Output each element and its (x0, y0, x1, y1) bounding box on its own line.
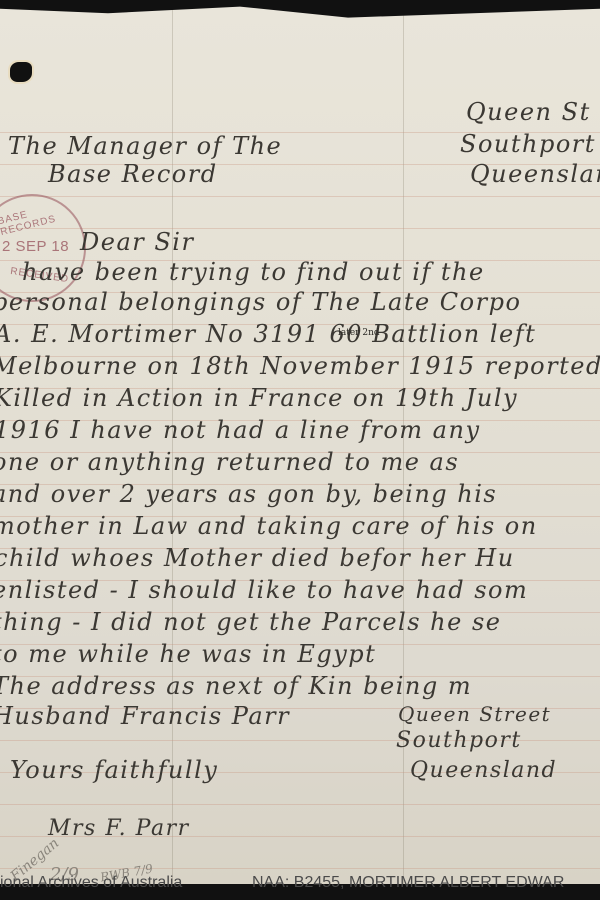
closing: Yours faithfully (10, 756, 218, 784)
return-address-line-2: Southport (396, 728, 522, 753)
body-line: 1916 I have not had a line from any (0, 416, 481, 444)
body-line: Husband Francis Parr (0, 702, 290, 730)
body-line: one or anything returned to me as (0, 448, 459, 476)
body-line: A. E. Mortimer No 3191 60 Battlion left (0, 320, 536, 348)
body-line: child whoes Mother died befor her Hu (0, 544, 515, 572)
body-line: enlisted - I should like to have had som (0, 576, 528, 604)
body-line: The address as next of Kin being m (0, 672, 472, 700)
body-line: have been trying to find out if the (22, 258, 485, 286)
recipient-line-2: Base Record (48, 160, 218, 188)
stamp-top-text: BASE RECORDS (0, 196, 85, 238)
superscript-note: later 2nd (338, 328, 380, 338)
ruled-line (0, 196, 600, 197)
return-address-line-3: Queensland (410, 758, 557, 783)
punch-hole (10, 62, 32, 82)
stamp-date: 2 SEP 18 (2, 238, 69, 255)
body-line: Killed in Action in France on 19th July (0, 384, 518, 412)
address-line-2: Southport (460, 130, 596, 158)
body-line: personal belongings of The Late Corpo (0, 288, 521, 316)
address-line-3: Queensland (470, 160, 600, 188)
archive-footer-left: ional Archives of Australia (0, 874, 182, 892)
archive-footer-right: NAA: B2455, MORTIMER ALBERT EDWAR (252, 874, 564, 892)
body-line: Melbourne on 18th November 1915 reported (0, 352, 600, 380)
recipient-line-1: The Manager of The (8, 132, 282, 160)
ruled-line (0, 804, 600, 805)
ruled-line (0, 868, 600, 869)
letter-page: Queen St Southport Queensland The Manage… (0, 6, 600, 884)
body-line: mother in Law and taking care of his on (0, 512, 538, 540)
salutation: Dear Sir (80, 228, 194, 256)
body-line: to me while he was in Egypt (0, 640, 376, 668)
signature: Mrs F. Parr (48, 816, 190, 841)
return-address-line-1: Queen Street (398, 702, 551, 726)
address-line-1: Queen St (466, 98, 591, 126)
body-line-text: A. E. Mortimer No 3191 60 Battlion left (0, 320, 536, 348)
body-line: thing - I did not get the Parcels he se (0, 608, 501, 636)
body-line: and over 2 years as gon by, being his (0, 480, 497, 508)
page-bottom-edge (0, 892, 600, 900)
